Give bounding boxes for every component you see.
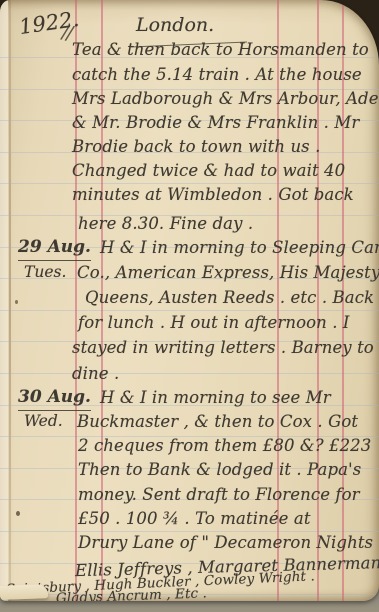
entry-date-label: 29 Aug. xyxy=(18,238,91,261)
diary-text-line: money. Sent draft to Florence for xyxy=(78,486,360,505)
place-heading: London. xyxy=(136,14,214,36)
diary-text-line: H & I in morning to Sleeping Car xyxy=(100,239,379,258)
ruled-line xyxy=(0,531,379,532)
entry-day-label: Wed. xyxy=(24,413,63,431)
paper-speck xyxy=(15,300,18,304)
binding-crease xyxy=(9,0,11,601)
diary-text-line: Tea & then back to Horsmanden to xyxy=(72,41,369,60)
ruled-line xyxy=(0,373,379,374)
diary-text-line: Co., American Express, His Majesty's, xyxy=(77,264,379,283)
diary-text-line: 2 cheques from them £80 &? £223 xyxy=(78,437,371,456)
page-stack-edge xyxy=(0,0,8,601)
diary-page: 1922. ∕∕ London. Tea & then back to Hors… xyxy=(0,0,379,601)
paper-speck xyxy=(16,511,20,516)
diary-text-line: minutes at Wimbledon . Got back xyxy=(72,186,354,205)
diary-text-line: Queens, Austen Reeds . etc . Back xyxy=(85,289,374,308)
diary-text-line: H & I in morning to see Mr xyxy=(100,389,331,408)
diary-text-line: for lunch . H out in afternoon . I xyxy=(78,314,350,333)
diary-text-line: dine . xyxy=(72,365,119,384)
diary-text-line: Changed twice & had to wait 40 xyxy=(72,162,345,181)
entry-day-label: Tues. xyxy=(24,264,66,282)
diary-text-line: here 8.30. Fine day . xyxy=(78,215,253,234)
diary-text-line: Brodie back to town with us . xyxy=(72,138,320,157)
ruled-line xyxy=(0,310,379,311)
diary-text-line: £50 . 100 ¾ . To matinée at xyxy=(78,510,311,529)
diary-text-line: Then to Bank & lodged it . Papa's xyxy=(78,461,361,480)
diary-text-line: Drury Lane of " Decameron Nights ". xyxy=(78,534,379,553)
diary-text-line: & Mr. Brodie & Mrs Franklin . Mr xyxy=(72,114,359,133)
entry-date-label: 30 Aug. xyxy=(18,388,91,411)
diary-text-line: stayed in writing letters . Barney to xyxy=(72,339,374,358)
diary-photo: { "header": { "year": "1922.", "flourish… xyxy=(0,0,379,612)
diary-text-line: Buckmaster , & then to Cox . Got xyxy=(77,413,358,432)
diary-text-line: Mrs Ladborough & Mrs Arbour, Adela xyxy=(72,90,379,109)
diary-text-line: catch the 5.14 train . At the house xyxy=(72,66,362,85)
page-corner-curl xyxy=(0,584,48,600)
